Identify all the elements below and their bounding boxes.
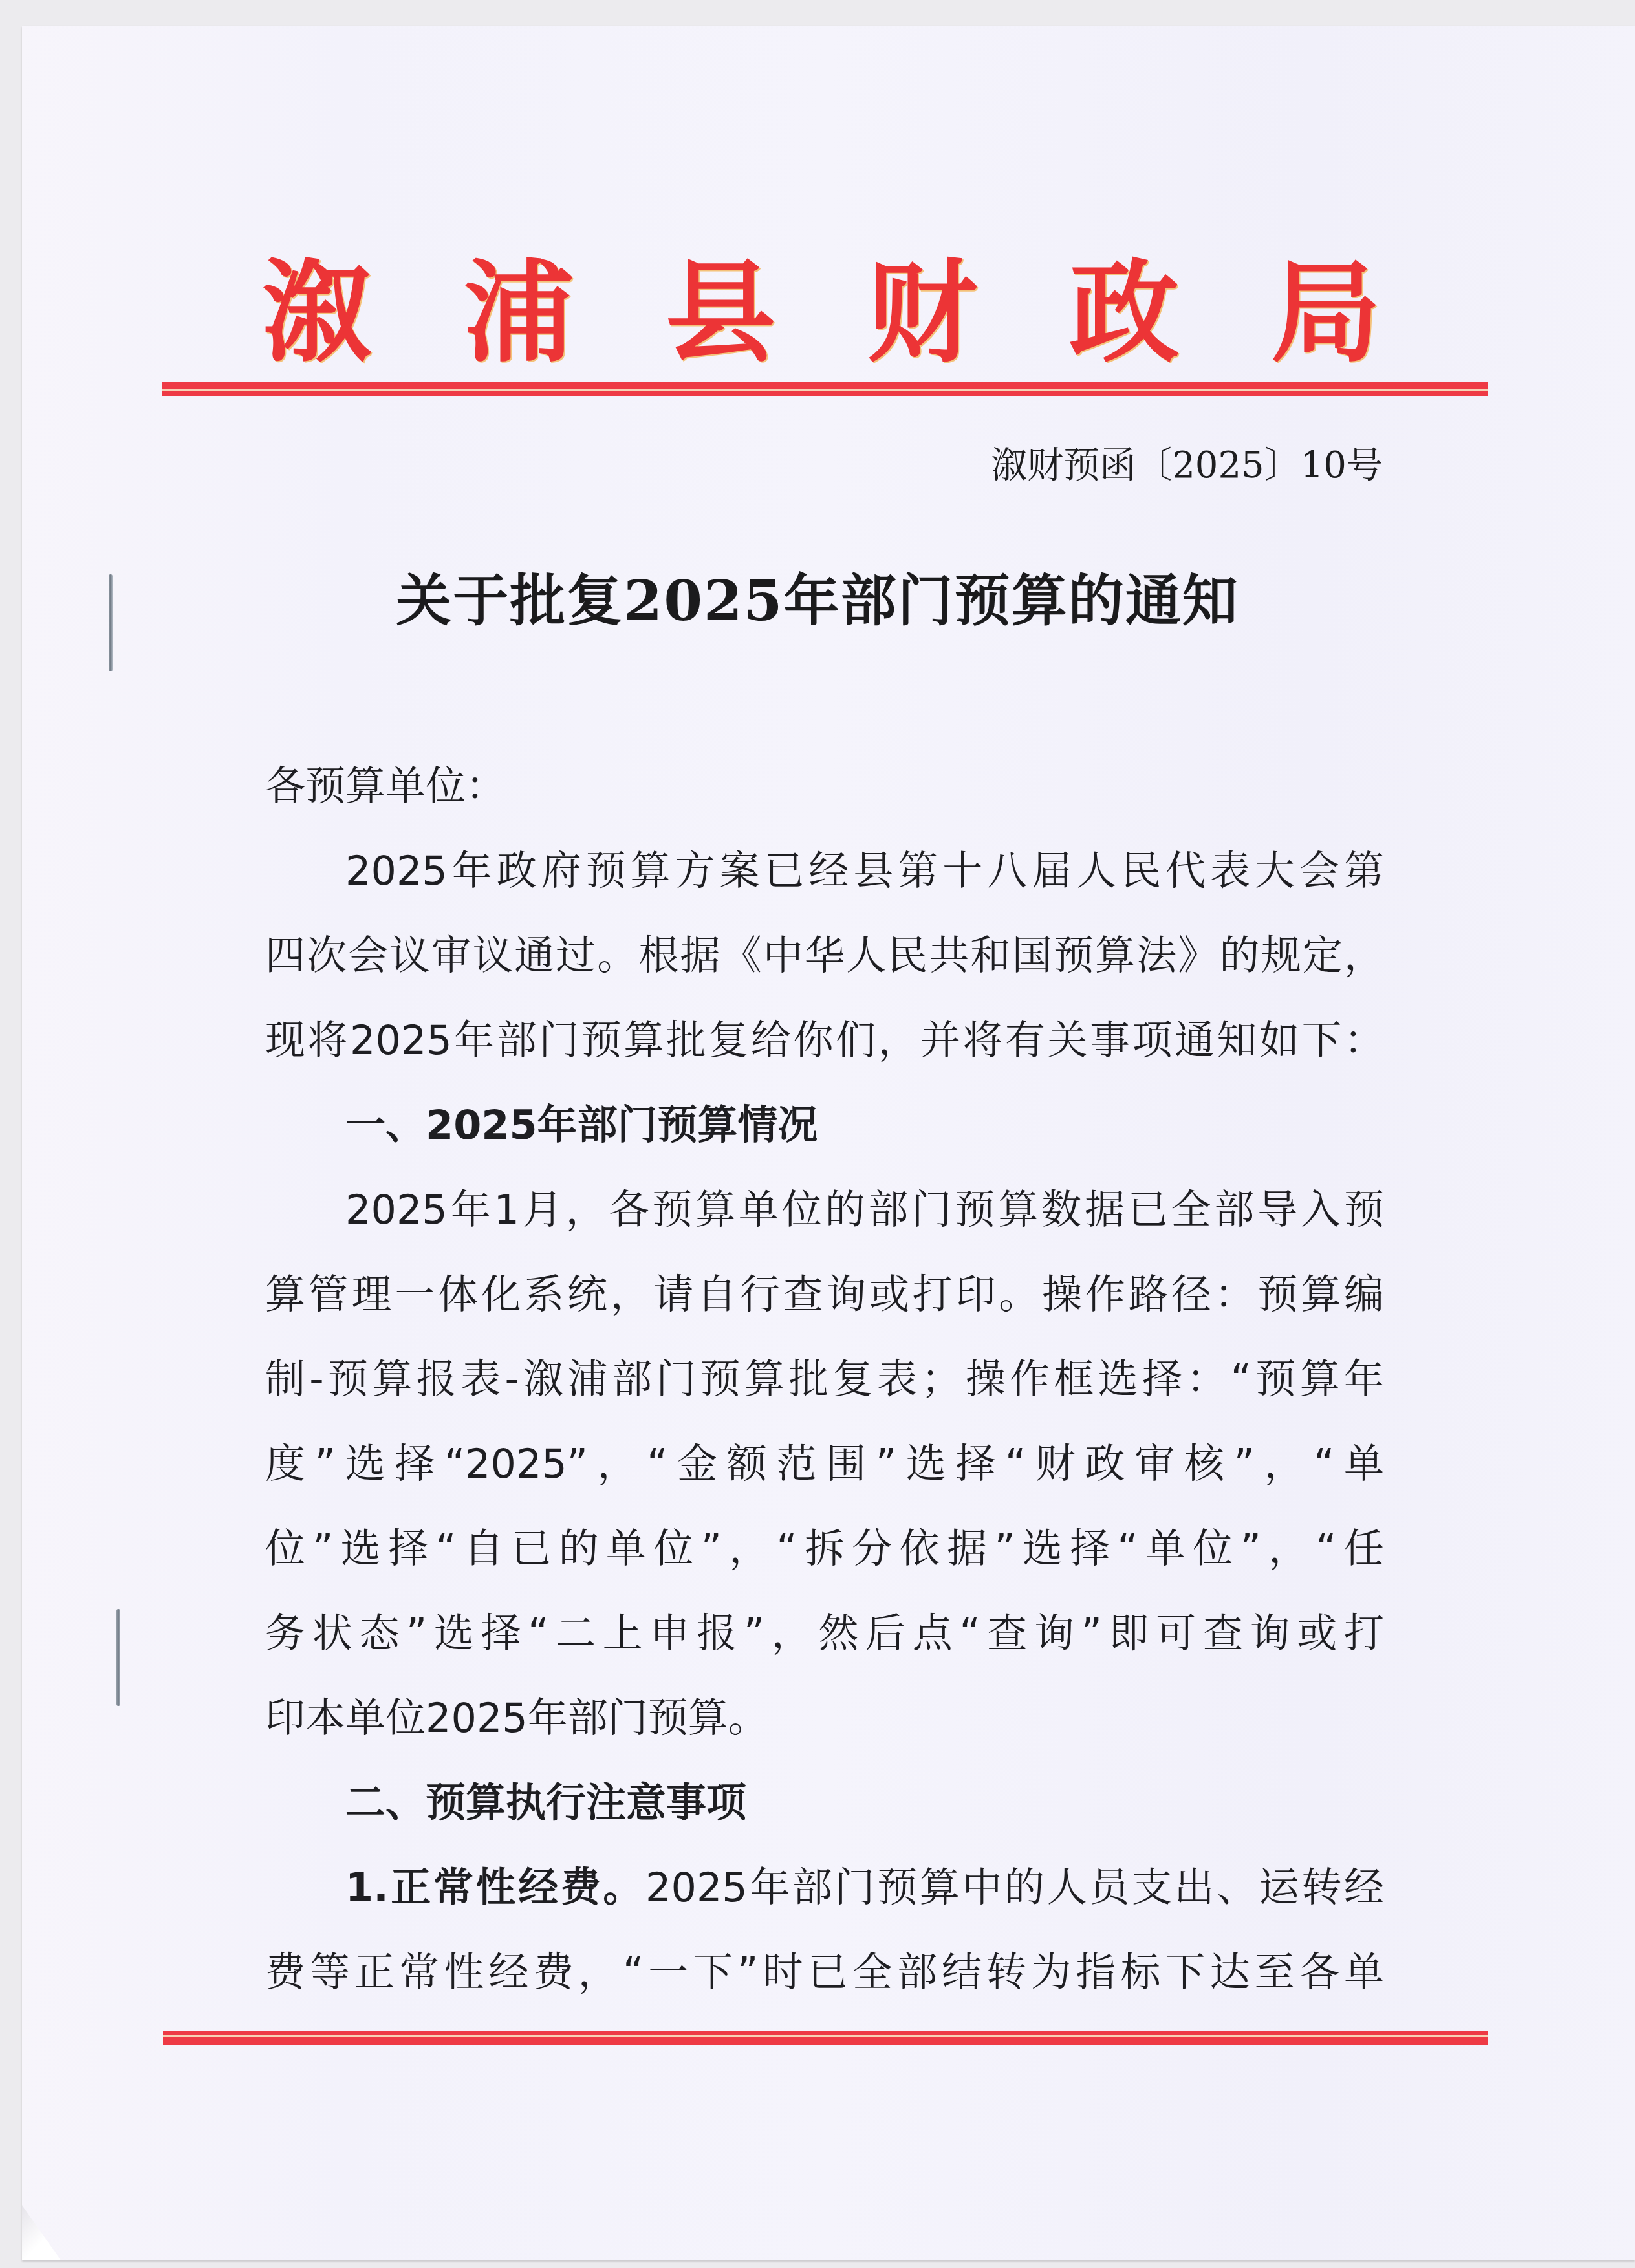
section-heading-1: 一、2025年部门预算情况 <box>265 1083 1384 1167</box>
issuer-char: 政 <box>1069 255 1179 372</box>
text-line: 2025年1月，各预算单位的部门预算数据已全部导入预 <box>265 1167 1384 1252</box>
issuer-char: 财 <box>867 255 977 372</box>
section-heading-2: 二、预算执行注意事项 <box>265 1760 1384 1845</box>
text-line: 印本单位2025年部门预算。 <box>265 1676 1384 1760</box>
section-1-paragraph: 2025年1月，各预算单位的部门预算数据已全部导入预 算管理一体化系统，请自行查… <box>265 1167 1384 1760</box>
issuer-char: 溆 <box>262 255 372 372</box>
document-title: 关于批复2025年部门预算的通知 <box>0 556 1635 636</box>
text-line: 1.正常性经费。2025年部门预算中的人员支出、运转经 <box>265 1845 1384 1930</box>
text-line: 2025年政府预算方案已经县第十八届人民代表大会第 <box>265 828 1384 913</box>
intro-paragraph: 2025年政府预算方案已经县第十八届人民代表大会第 四次会议审议通过。根据《中华… <box>265 828 1384 1083</box>
rule-thin-line <box>163 2031 1488 2035</box>
document-body: 各预算单位： 2025年政府预算方案已经县第十八届人民代表大会第 四次会议审议通… <box>265 744 1384 2014</box>
text-line: 算管理一体化系统，请自行查询或打印。操作路径：预算编 <box>265 1252 1384 1337</box>
text-line: 费等正常性经费，“一下”时已全部结转为指标下达至各单 <box>265 1930 1384 2014</box>
rule-thin-line <box>162 391 1488 396</box>
issuer-char: 局 <box>1271 255 1381 372</box>
text-line: 务状态”选择“二上申报”，然后点“查询”即可查询或打 <box>265 1591 1384 1676</box>
staple-icon <box>116 1609 120 1706</box>
issuer-char: 县 <box>666 255 775 372</box>
text-line: 度”选择“2025”，“金额范围”选择“财政审核”，“单 <box>265 1421 1384 1506</box>
section-2-item-1: 1.正常性经费。2025年部门预算中的人员支出、运转经 费等正常性经费，“一下”… <box>265 1845 1384 2014</box>
rule-thick-line <box>163 2037 1488 2045</box>
rule-thick-line <box>162 382 1488 389</box>
issuer-char: 浦 <box>464 255 574 372</box>
item-text: 2025年部门预算中的人员支出、运转经 <box>645 1864 1384 1911</box>
item-lead: 1.正常性经费。 <box>345 1864 645 1911</box>
issuer-letterhead: 溆 浦 县 财 政 局 <box>262 255 1381 372</box>
footer-red-rule <box>163 2031 1488 2045</box>
text-line: 制-预算报表-溆浦部门预算批复表；操作框选择：“预算年 <box>265 1337 1384 1421</box>
salutation: 各预算单位： <box>265 744 1384 828</box>
letterhead-red-rule <box>162 382 1488 396</box>
text-line: 位”选择“自已的单位”，“拆分依据”选择“单位”，“任 <box>265 1506 1384 1591</box>
document-number: 溆财预函〔2025〕10号 <box>991 437 1383 488</box>
text-line: 现将2025年部门预算批复给你们，并将有关事项通知如下： <box>265 998 1384 1083</box>
text-line: 四次会议审议通过。根据《中华人民共和国预算法》的规定， <box>265 913 1384 998</box>
